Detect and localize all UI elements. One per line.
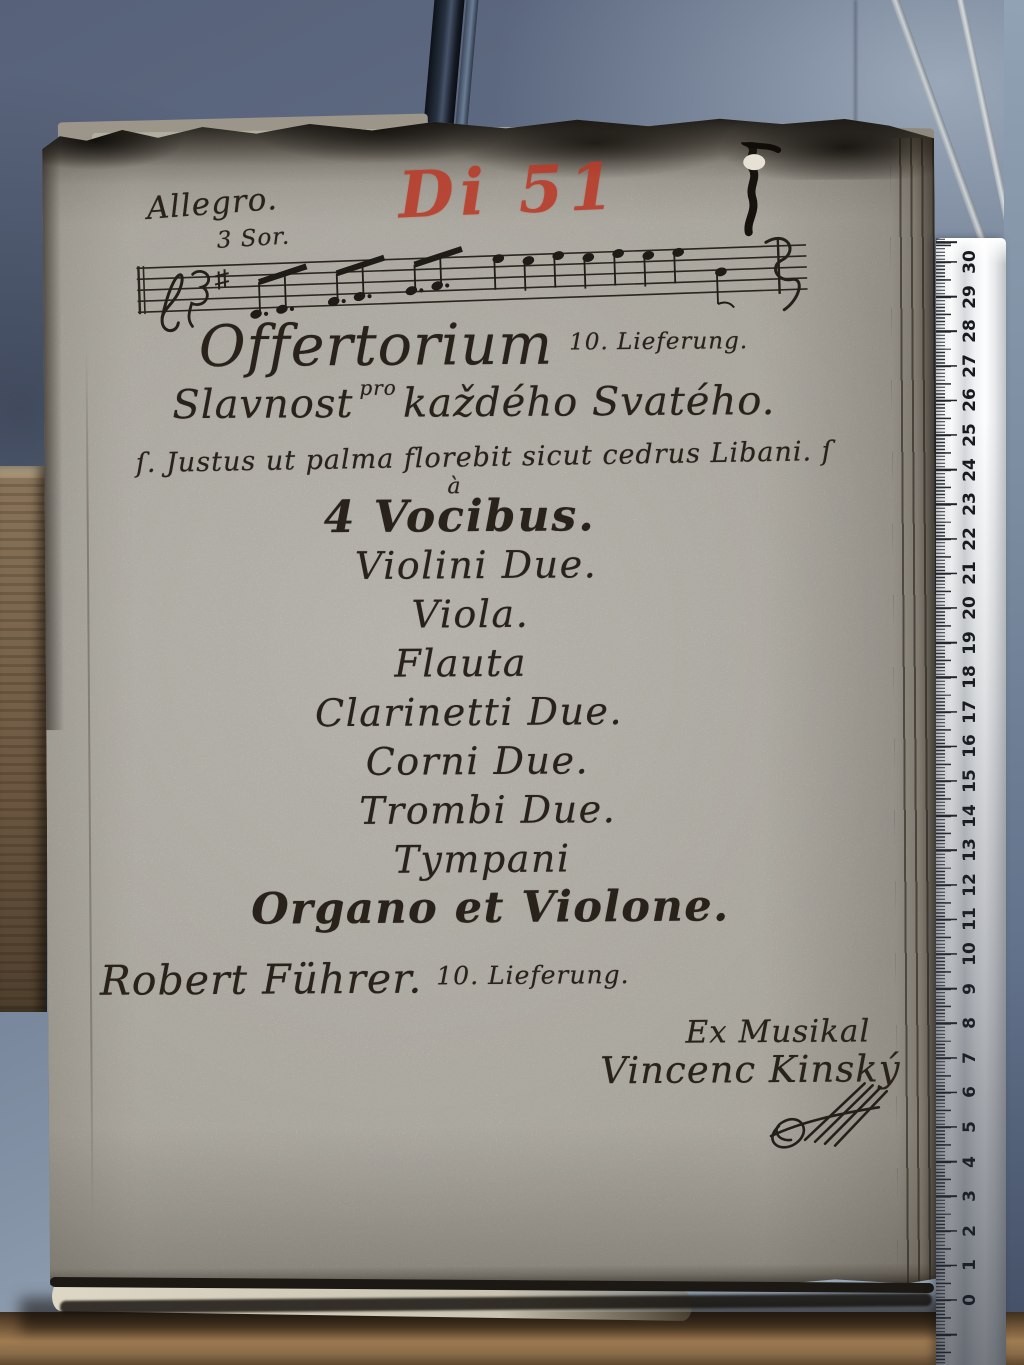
dedication-word1: Slavnost (172, 381, 353, 428)
edition-note: 10. Lieferung. (569, 328, 748, 355)
dedication-pro: pro (359, 376, 397, 400)
instrument-line: Flauta (46, 636, 876, 691)
metal-ruler: 30 29 28 27 26 25 24 23 22 21 20 19 18 1… (936, 238, 1006, 1365)
instrument-list: 4 Vocibus. Violini Due. Viola. Flauta Cl… (45, 489, 878, 936)
final-barline-flourish (766, 237, 800, 310)
wooden-plank-left (0, 466, 47, 1012)
instrument-line: Violini Due. (61, 538, 891, 593)
instrument-line: Viola. (55, 587, 885, 642)
title-line: Offertorium10. Lieferung. (43, 309, 903, 381)
tempo-marking: Allegro. (145, 181, 279, 227)
instrument-line: Clarinetti Due. (54, 685, 884, 740)
ruler-shadow-overlay (936, 238, 1006, 1365)
instrument-line: Tympani (67, 832, 897, 887)
handwritten-content: Allegro. 3 Sor. Di 51 (42, 115, 942, 1293)
instrument-line: Organo et Violone. (75, 881, 905, 936)
beamed-notes (248, 249, 464, 320)
composer-edition-note: 10. Lieferung. (436, 960, 629, 990)
work-title: Offertorium (199, 312, 554, 380)
dedication-line: Slavnostprokaždého Svatého. (44, 377, 904, 429)
vertical-cable-right-edge (1004, 0, 1024, 1365)
instrument-line: Trombi Due. (73, 783, 903, 838)
composer-line: Robert Führer.10. Lieferung. (100, 953, 630, 1005)
signature-paraph (761, 1077, 892, 1152)
instrument-line: Corni Due. (62, 734, 892, 789)
photo-scene: { "manuscript": { "tempo": "Allegro.", "… (0, 0, 1024, 1365)
instrument-line: 4 Vocibus. (45, 489, 875, 544)
manuscript-cover-page: Allegro. 3 Sor. Di 51 (42, 115, 942, 1293)
red-shelfmark: Di 51 (397, 149, 621, 233)
dedication-rest: každého Svatého. (403, 378, 776, 427)
composer-name: Robert Führer. (100, 954, 423, 1004)
